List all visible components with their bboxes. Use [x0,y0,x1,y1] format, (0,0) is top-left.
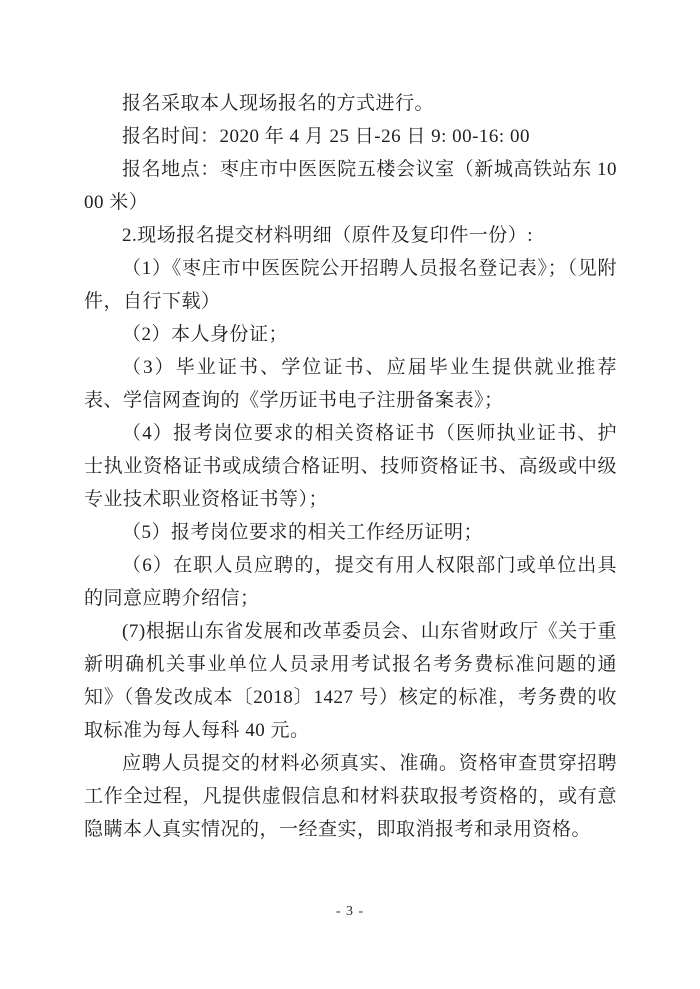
paragraph-material-item-7-fee: (7)根据山东省发展和改革委员会、山东省财政厅《关于重新明确机关事业单位人员录用… [84,615,617,747]
paragraph-registration-location: 报名地点：枣庄市中医医院五楼会议室（新城高铁站东 1000 米） [84,153,617,219]
paragraph-material-item-4: （4）报考岗位要求的相关资格证书（医师执业证书、护士执业资格证书或成绩合格证明、… [84,417,617,516]
paragraph-material-item-1: （1）《枣庄市中医医院公开招聘人员报名登记表》；（见附件，自行下载） [84,252,617,318]
paragraph-registration-time: 报名时间：2020 年 4 月 25 日-26 日 9: 00-16: 00 [84,120,617,153]
paragraph-authenticity-notice: 应聘人员提交的材料必须真实、准确。资格审查贯穿招聘工作全过程，凡提供虚假信息和材… [84,747,617,846]
paragraph-material-item-5: （5）报考岗位要求的相关工作经历证明； [84,516,617,549]
document-page: 报名采取本人现场报名的方式进行。 报名时间：2020 年 4 月 25 日-26… [0,0,700,989]
paragraph-materials-heading: 2.现场报名提交材料明细（原件及复印件一份）: [84,219,617,252]
paragraph-registration-method: 报名采取本人现场报名的方式进行。 [84,87,617,120]
page-number: - 3 - [0,903,700,921]
document-body: 报名采取本人现场报名的方式进行。 报名时间：2020 年 4 月 25 日-26… [84,87,617,846]
paragraph-material-item-6: （6）在职人员应聘的，提交有用人权限部门或单位出具的同意应聘介绍信； [84,549,617,615]
paragraph-material-item-2: （2）本人身份证； [84,318,617,351]
paragraph-material-item-3: （3）毕业证书、学位证书、应届毕业生提供就业推荐表、学信网查询的《学历证书电子注… [84,351,617,417]
